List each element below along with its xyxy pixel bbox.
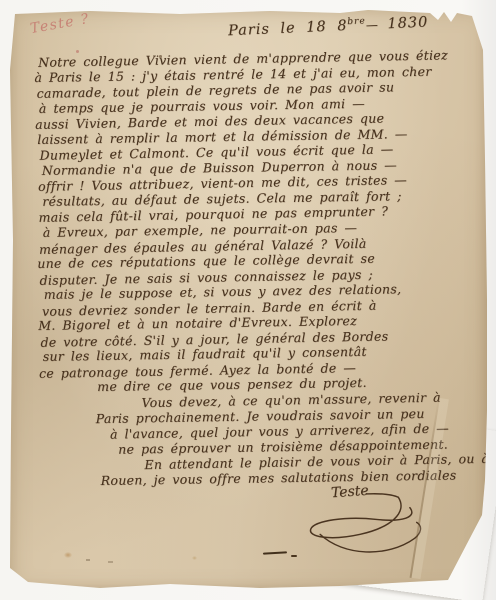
stray-ink-mark — [263, 551, 287, 554]
dateline-dash: — — [366, 18, 378, 32]
stray-ink-mark — [291, 555, 297, 557]
ink-speck — [159, 55, 162, 58]
letter-body: Notre collegue Vivien vient de m'apprend… — [34, 47, 493, 489]
foxing-spot — [192, 556, 197, 560]
dateline-superscript: bre — [347, 16, 366, 27]
collector-annotation: Teste ? — [29, 11, 91, 37]
letter-sheet: Teste ? Paris le 18 8bre— 1830 Notre col… — [10, 10, 487, 592]
foxing-spot — [64, 552, 72, 558]
letter-scan: Teste ? Paris le 18 8bre— 1830 Notre col… — [0, 0, 496, 600]
dateline-prefix: Paris le 18 8 — [228, 18, 348, 39]
ink-speck — [86, 559, 90, 561]
dateline: Paris le 18 8bre— 1830 — [228, 14, 429, 40]
dateline-year: 1830 — [387, 14, 429, 32]
ink-speck — [108, 561, 113, 563]
